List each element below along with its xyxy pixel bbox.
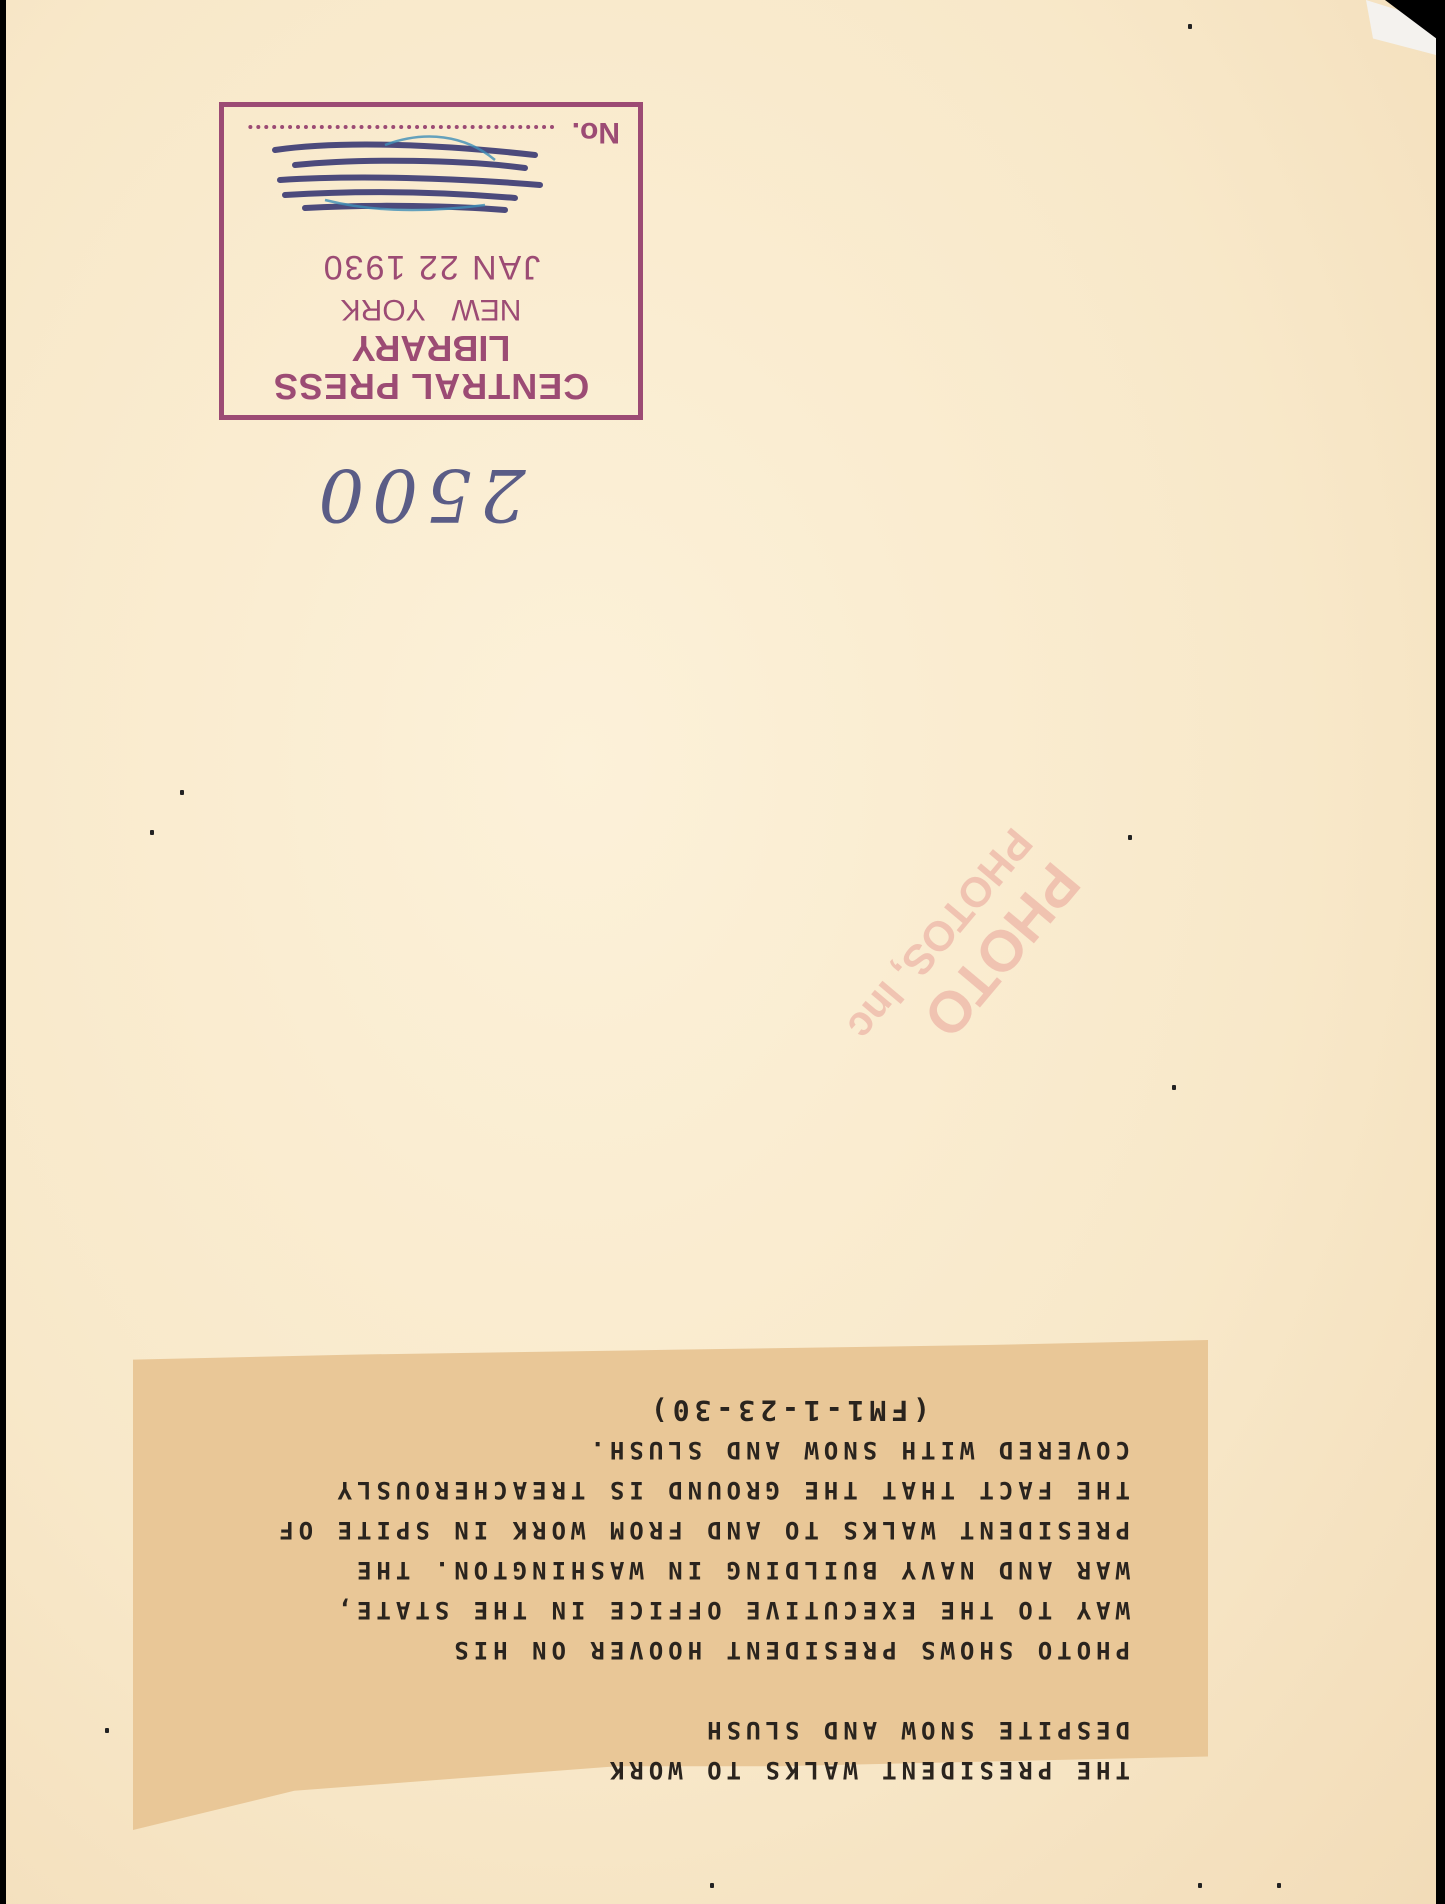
stamp-line-library: LIBRARY [224, 329, 638, 367]
stamp-date: JAN 22 1930 [224, 245, 638, 289]
caption-headline-1: THE PRESIDENT WALKS TO WORK [140, 1750, 1130, 1790]
caption-body-line-6: COVERED WITH SNOW AND SLUSH. [140, 1430, 1130, 1470]
caption-body-line-5: THE FACT THAT THE GROUND IS TREACHEROUSL… [140, 1470, 1130, 1510]
handwritten-number: 2500 [268, 445, 568, 545]
stamp-line-new-york: NEW YORK [224, 289, 638, 329]
caption-headline-2: DESPITE SNOW AND SLUSH [140, 1710, 1130, 1750]
pencil-scribble-icon [265, 130, 550, 220]
caption-body-line-2: WAY TO THE EXECUTIVE OFFICE IN THE STATE… [140, 1590, 1130, 1630]
stamp-dotted-line [248, 125, 554, 129]
caption-body-line-4: PRESIDENT WALKS TO AND FROM WORK IN SPIT… [140, 1510, 1130, 1550]
caption-reference: (FM1-1-23-30) [140, 1390, 1130, 1430]
caption-text: THE PRESIDENT WALKS TO WORK DESPITE SNOW… [140, 1370, 1190, 1790]
caption-body-line-1: PHOTO SHOWS PRESIDENT HOOVER ON HIS [140, 1630, 1130, 1670]
caption-body-line-3: WAR AND NAVY BUILDING IN WASHINGTON. THE [140, 1550, 1130, 1590]
stamp-no-label: No. [572, 115, 620, 149]
stamp-line-central-press: CENTRAL PRESS [224, 367, 638, 405]
